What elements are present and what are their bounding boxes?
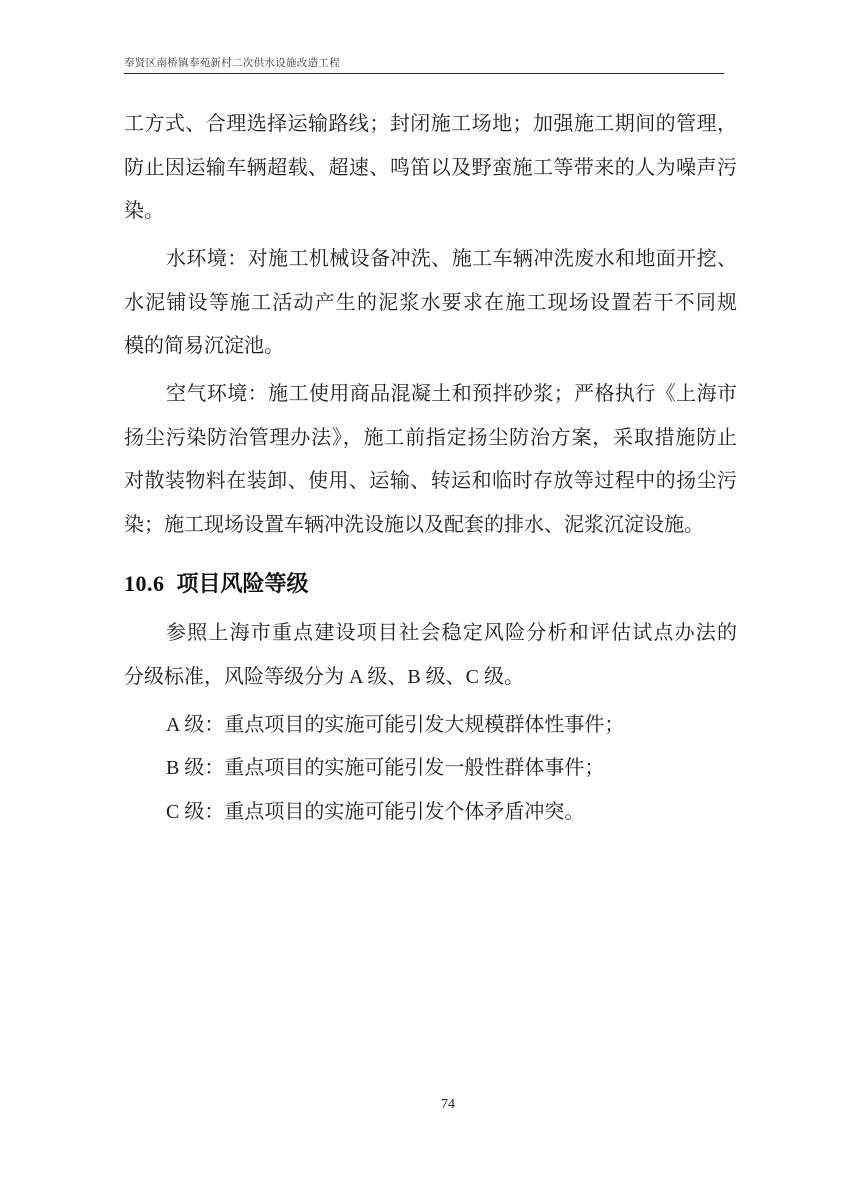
document-body: 工方式、合理选择运输路线；封闭施工场地；加强施工期间的管理，防止因运输车辆超载、… (124, 103, 737, 834)
text-line: A 级：重点项目的实施可能引发大规模群体性事件； (124, 704, 737, 748)
paragraph: 参照上海市重点建设项目社会稳定风险分析和评估试点办法的分级标准，风险等级分为 A… (124, 612, 737, 699)
text-line: 水泥铺设等施工活动产生的泥浆水要求在施工现场设置若干不同规 (124, 282, 737, 326)
text-line: 染。 (124, 190, 737, 234)
section-heading: 10.6项目风险等级 (124, 566, 737, 602)
paragraph: 工方式、合理选择运输路线；封闭施工场地；加强施工期间的管理，防止因运输车辆超载、… (124, 103, 737, 234)
text-line: C 级：重点项目的实施可能引发个体矛盾冲突。 (124, 791, 737, 835)
text-line: 模的简易沉淀池。 (124, 325, 737, 369)
document-page: 奉贤区南桥镇奉苑新村二次供水设施改造工程 工方式、合理选择运输路线；封闭施工场地… (0, 0, 849, 1200)
paragraph: 空气环境：施工使用商品混凝土和预拌砂浆；严格执行《上海市扬尘污染防治管理办法》，… (124, 373, 737, 547)
paragraph: 水环境：对施工机械设备冲洗、施工车辆冲洗废水和地面开挖、水泥铺设等施工活动产生的… (124, 238, 737, 369)
text-line: 防止因运输车辆超载、超速、鸣笛以及野蛮施工等带来的人为噪声污 (124, 147, 737, 191)
text-line: 分级标准，风险等级分为 A 级、B 级、C 级。 (124, 656, 737, 700)
text-line: B 级：重点项目的实施可能引发一般性群体事件； (124, 747, 737, 791)
text-line: 空气环境：施工使用商品混凝土和预拌砂浆；严格执行《上海市 (124, 373, 737, 417)
text-line: 染；施工现场设置车辆冲洗设施以及配套的排水、泥浆沉淀设施。 (124, 504, 737, 548)
list-item: A 级：重点项目的实施可能引发大规模群体性事件； (124, 704, 737, 748)
list-item: B 级：重点项目的实施可能引发一般性群体事件； (124, 747, 737, 791)
text-line: 水环境：对施工机械设备冲洗、施工车辆冲洗废水和地面开挖、 (124, 238, 737, 282)
header-title: 奉贤区南桥镇奉苑新村二次供水设施改造工程 (124, 58, 340, 69)
page-number: 74 (441, 1097, 455, 1113)
section-number: 10.6 (124, 571, 165, 596)
text-line: 工方式、合理选择运输路线；封闭施工场地；加强施工期间的管理， (124, 103, 737, 147)
list-item: C 级：重点项目的实施可能引发个体矛盾冲突。 (124, 791, 737, 835)
text-line: 参照上海市重点建设项目社会稳定风险分析和评估试点办法的 (124, 612, 737, 656)
text-line: 扬尘污染防治管理办法》，施工前指定扬尘防治方案，采取措施防止 (124, 417, 737, 461)
page-header: 奉贤区南桥镇奉苑新村二次供水设施改造工程 (124, 57, 724, 74)
section-title: 项目风险等级 (177, 571, 309, 596)
text-line: 对散装物料在装卸、使用、运输、转运和临时存放等过程中的扬尘污 (124, 460, 737, 504)
